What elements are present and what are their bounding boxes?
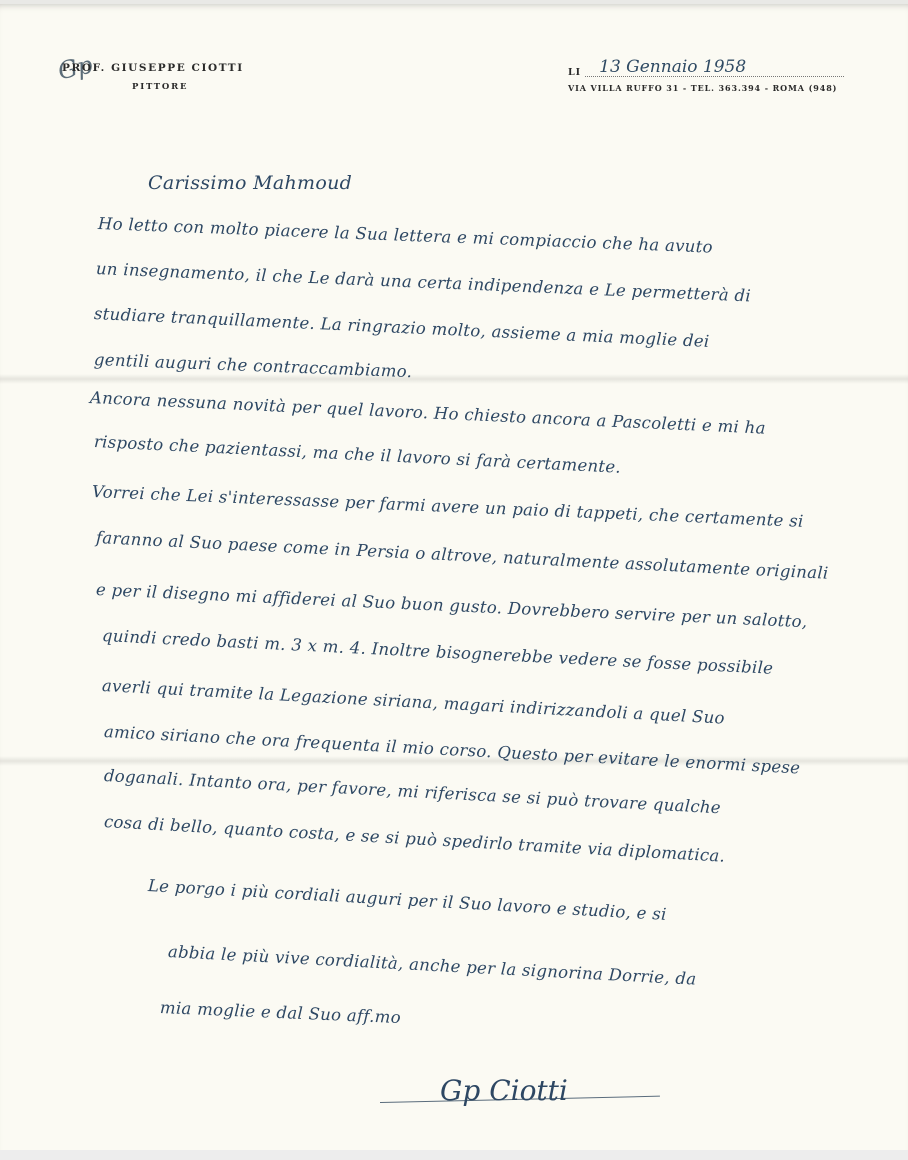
- date-row: LI 13 Gennaio 1958: [568, 56, 844, 78]
- letter-line: cosa di bello, quanto costa, e se si può…: [103, 812, 725, 866]
- letter-line: abbia le più vive cordialità, anche per …: [168, 942, 697, 989]
- letter-line: amico siriano che ora frequenta il mio c…: [104, 722, 801, 777]
- fold-line: [0, 374, 908, 384]
- letterhead-sender: PROF. GIUSEPPE CIOTTI PITTORE: [62, 62, 244, 92]
- letter-line: un insegnamento, il che Le darà una cert…: [96, 259, 752, 305]
- sender-address: VIA VILLA RUFFO 31 - TEL. 363.394 - ROMA…: [568, 83, 844, 93]
- letter-line: e per il disegno mi affiderei al Suo buo…: [96, 580, 808, 631]
- letter-line: Le porgo i più cordiali auguri per il Su…: [147, 876, 667, 924]
- signature: Gp Ciotti: [440, 1074, 568, 1107]
- letter-line: Vorrei che Lei s'interessasse per farmi …: [92, 482, 804, 531]
- scan-margin: [0, 1150, 908, 1160]
- letter-line: Ancora nessuna novità per quel lavoro. H…: [90, 388, 767, 438]
- letter-line: averli qui tramite la Legazione siriana,…: [102, 676, 726, 728]
- letter-line: doganali. Intanto ora, per favore, mi ri…: [104, 766, 722, 817]
- letter-line: Ho letto con molto piacere la Sua letter…: [98, 214, 714, 257]
- letter-line: mia moglie e dal Suo aff.mo: [160, 998, 402, 1027]
- letter-line: faranno al Suo paese come in Persia o al…: [96, 528, 829, 583]
- letter-line: studiare tranquillamente. La ringrazio m…: [94, 304, 710, 351]
- sender-name: PROF. GIUSEPPE CIOTTI: [62, 62, 244, 74]
- letterhead-date-address: LI 13 Gennaio 1958 VIA VILLA RUFFO 31 - …: [568, 56, 844, 93]
- sender-title: PITTORE: [132, 82, 244, 92]
- salutation: Carissimo Mahmoud: [148, 172, 352, 194]
- date-prefix: LI: [568, 67, 581, 78]
- letter-paper: Gp PROF. GIUSEPPE CIOTTI PITTORE LI 13 G…: [0, 4, 908, 1150]
- letter-line: risposto che pazientassi, ma che il lavo…: [94, 432, 622, 477]
- letter-date: 13 Gennaio 1958: [585, 58, 844, 77]
- letter-line: quindi credo basti m. 3 x m. 4. Inoltre …: [102, 626, 774, 678]
